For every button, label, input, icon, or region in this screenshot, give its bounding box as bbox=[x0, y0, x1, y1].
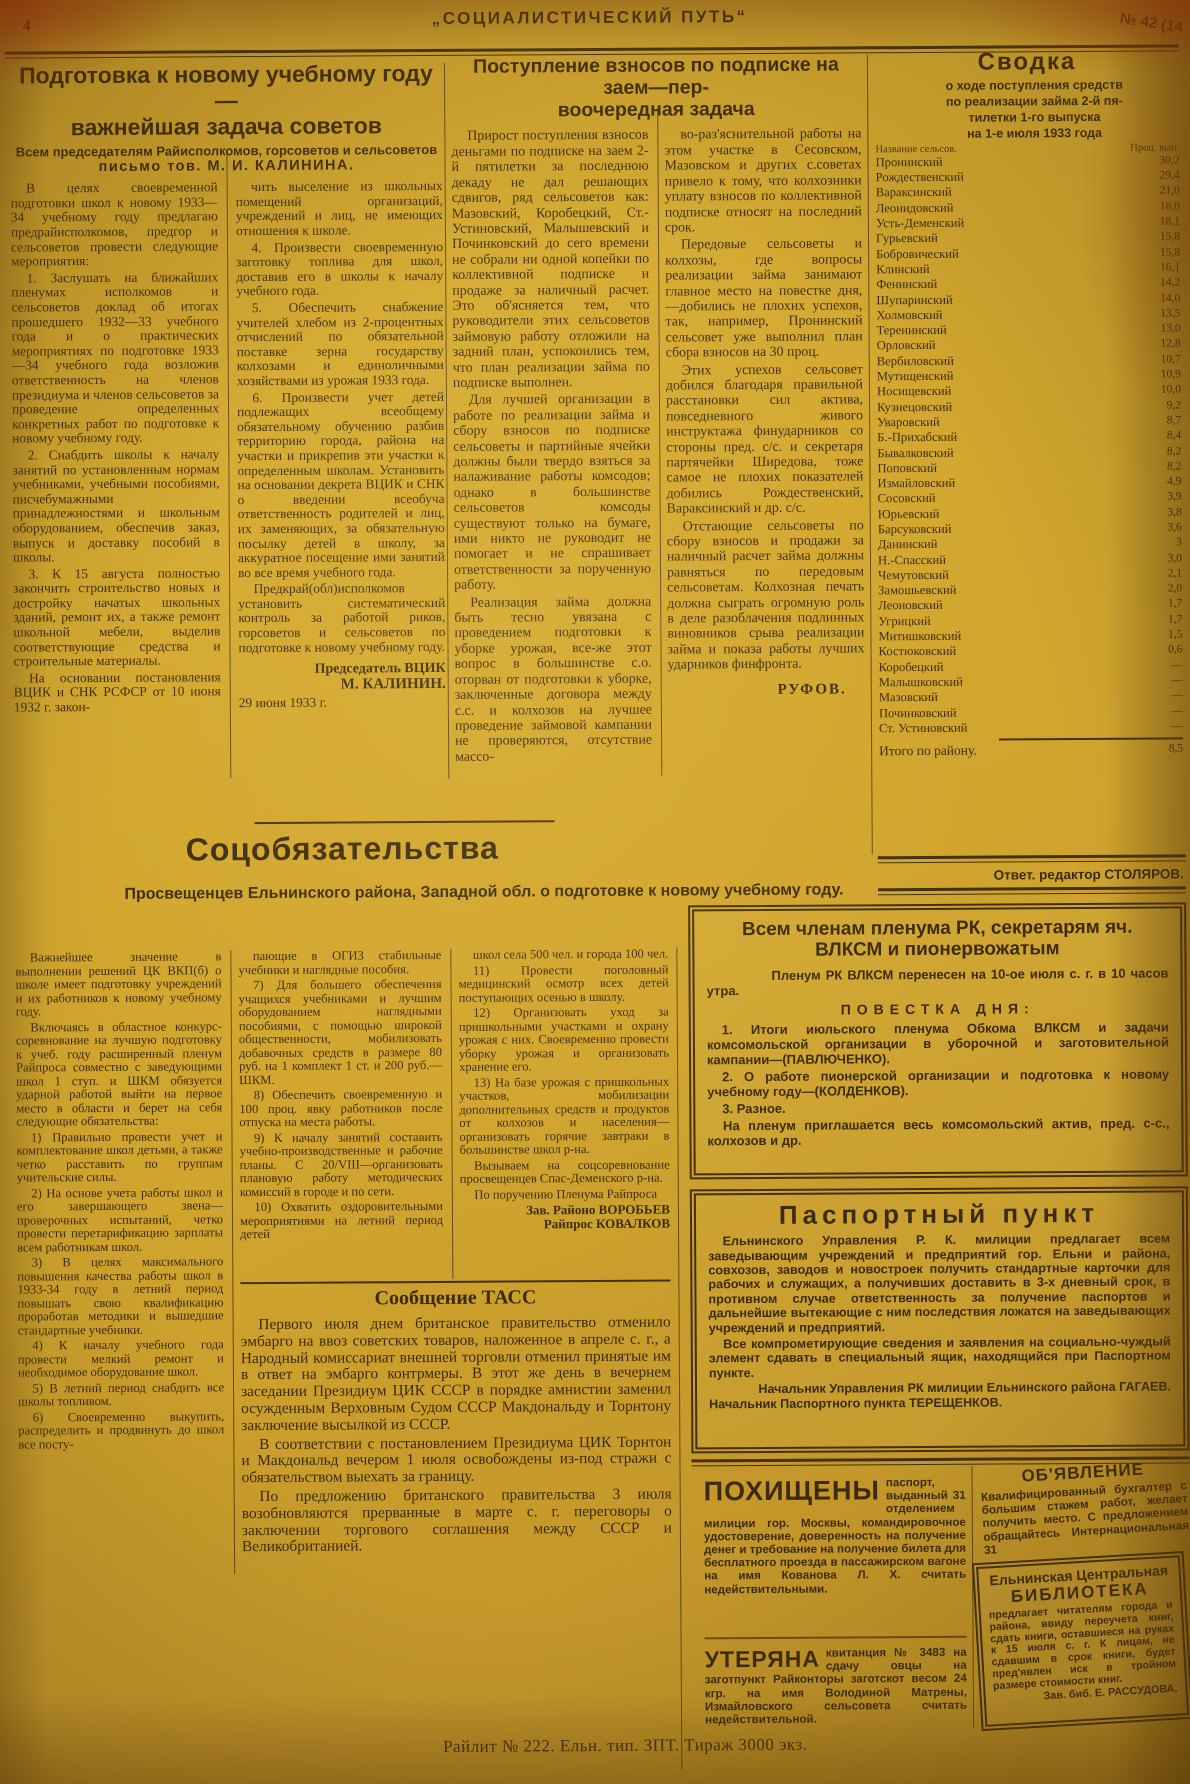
paragraph: 11) Провести поголовный медицинский осмо… bbox=[458, 963, 668, 1005]
passport-office-box: Паспортный пункт Ельнинского Управления … bbox=[690, 1186, 1190, 1453]
svodka-cell-name: Леоновский bbox=[878, 598, 943, 614]
imprint-line: Райлит № 222. Ельн. тип. ЗПТ. Тираж 3000… bbox=[245, 1734, 1005, 1759]
article-title-line2: воочередная задача bbox=[451, 98, 861, 122]
svodka-cell-value: 3,8 bbox=[1167, 505, 1181, 520]
svodka-cell-value: — bbox=[1171, 658, 1183, 673]
plenum-notice: Пленум РК ВЛКСМ перенесен на 10-ое июля … bbox=[706, 965, 1168, 998]
tass-body: Первого июля днем британское правительст… bbox=[241, 1315, 672, 1557]
paragraph: Вызываем на соцсоревнование просвещенцев… bbox=[460, 1158, 670, 1186]
svodka-cell-value: 1,7 bbox=[1168, 612, 1182, 627]
svodka-cell-name: Чемутовский bbox=[878, 568, 949, 584]
svodka-cell-value: 2,1 bbox=[1168, 566, 1182, 581]
svodka-cell-name: Теренинский bbox=[877, 323, 947, 339]
paragraph: Реализация займа должна быть тесно увяза… bbox=[454, 594, 652, 765]
svodka-header-value: Проц. вып. bbox=[1130, 142, 1179, 153]
paragraph: 4. Произвести своевременную заготовку то… bbox=[236, 240, 443, 300]
total-rule bbox=[999, 738, 1183, 741]
plenum-title-line2: ВЛКСМ и пионервожатым bbox=[706, 938, 1168, 962]
svodka-cell-name: Гурьевский bbox=[876, 231, 938, 247]
svodka-cell-value: 8,4 bbox=[1167, 429, 1181, 444]
soc-column-2: пающие в ОГИЗ стабильные учебники и нагл… bbox=[238, 949, 443, 1278]
svodka-cell-name: Вербиловский bbox=[877, 354, 954, 370]
svodka-cell-value: 10,7 bbox=[1161, 352, 1181, 367]
masthead: „СОЦИАЛИСТИЧЕСКИЙ ПУТЬ“ bbox=[0, 4, 1185, 31]
svodka-cell-value: 3 bbox=[1176, 536, 1182, 551]
paragraph: По предложению британского правительства… bbox=[242, 1487, 672, 1557]
section-rule bbox=[255, 820, 555, 824]
paragraph: 5) В летний период снабдить все школы то… bbox=[18, 1381, 224, 1409]
svodka-cell-value: 8,2 bbox=[1167, 444, 1181, 459]
column-divider bbox=[230, 950, 235, 1574]
paragraph: 9) К началу занятий составить учебно-про… bbox=[239, 1130, 442, 1199]
column-divider bbox=[450, 949, 453, 1279]
paragraph: Передовые сельсоветы и колхозы, где вопр… bbox=[665, 237, 863, 361]
svodka-total-row: Итого по району. 8,5 bbox=[879, 742, 1183, 759]
svodka-cell-value: 12,8 bbox=[1160, 337, 1180, 352]
svodka-cell-name: Рождественский bbox=[876, 170, 964, 186]
article-title-line2: важнейшая задача советов bbox=[10, 112, 442, 140]
svodka-cell-name: Холмовский bbox=[876, 308, 942, 324]
svodka-cell-value: 0,6 bbox=[1168, 643, 1182, 658]
svodka-cell-name: Измайловский bbox=[877, 476, 955, 492]
passport-signature-2: Начальник Паспортного пункта ТЕРЕЩЕНКОВ. bbox=[709, 1394, 1171, 1411]
svodka-row: Пронинский30,2 bbox=[876, 153, 1180, 170]
paragraph: 6. Произвести учет детей подлежащих всео… bbox=[237, 389, 445, 580]
svodka-cell-value: 8,7 bbox=[1167, 413, 1181, 428]
soc-column-1: Важнейшее значение в выполнении решений … bbox=[15, 950, 225, 1575]
svodka-table-header: Название сельсов. Проц. вып. bbox=[875, 142, 1179, 155]
article-column-1: Прирост поступления взносов деньгами по … bbox=[451, 128, 652, 779]
paragraph: Отстающие сельсоветы по сбору взносов и … bbox=[667, 518, 865, 673]
svodka-cell-value: 8,2 bbox=[1167, 459, 1181, 474]
paragraph: 6) Своевременно выкупить, распределить и… bbox=[18, 1410, 224, 1452]
library-box: Ельнинская Центральная БИБЛИОТЕКА предла… bbox=[972, 1551, 1190, 1731]
paragraph: Первого июля днем британское правительст… bbox=[241, 1315, 672, 1435]
paragraph: Этих успехов сельсовет добился благодаря… bbox=[666, 362, 864, 517]
article-title: Поступление взносов по подписке на заем—… bbox=[451, 54, 861, 100]
plenum-agenda-items: 1. Итоги июльского пленума Обкома ВЛКСМ … bbox=[707, 1019, 1170, 1116]
svodka-subtitle: о ходе поступления средствпо реализации … bbox=[875, 77, 1179, 141]
paragraph: 4) К началу учебного года провести мелки… bbox=[18, 1338, 224, 1380]
svodka-cell-name: Замошьевский bbox=[878, 583, 956, 599]
article-byline: Всем председателям Райисполкомов, горсов… bbox=[10, 142, 442, 160]
paragraph: во-раз'яснительной работы на этом участк… bbox=[664, 127, 862, 236]
svodka-cell-name: Угрицкий bbox=[878, 614, 930, 630]
editor-rule-top bbox=[878, 854, 1186, 863]
total-value: 8,5 bbox=[1169, 742, 1183, 757]
svodka-cell-value: 29,4 bbox=[1159, 169, 1179, 184]
paragraph: 7) Для большего обеспечения учащихся уче… bbox=[239, 978, 443, 1087]
signature-name: М. КАЛИНИН. bbox=[239, 677, 446, 693]
svodka-cell-name: Клинский bbox=[876, 262, 929, 278]
svodka-cell-name: Сосовский bbox=[878, 491, 936, 507]
plenum-title: Всем членам пленума РК, секретарям яч. bbox=[706, 916, 1168, 940]
svodka-cell-value: 15,8 bbox=[1160, 245, 1180, 260]
divider-rule bbox=[705, 1636, 967, 1640]
paragraph: 12) Организовать уход за пришкольными уч… bbox=[459, 1006, 669, 1075]
signature-name: РУФОВ. bbox=[668, 682, 865, 699]
svodka-cell-name: Митишковский bbox=[878, 629, 961, 645]
svodka-cell-value: 9,2 bbox=[1167, 398, 1181, 413]
svodka-cell-value: 30,2 bbox=[1159, 153, 1179, 168]
svodka-cell-value: 1,7 bbox=[1168, 597, 1182, 612]
svodka-cell-name: Бывалковский bbox=[877, 445, 953, 461]
paragraph: В целях своевременной подготовки школ к … bbox=[11, 181, 219, 270]
svodka-cell-name: Коробецкий bbox=[879, 660, 944, 676]
column-paragraphs: чить выселение из школьных помещений орг… bbox=[236, 179, 446, 655]
paragraph: 2) На основе учета работы школ и его зав… bbox=[17, 1186, 223, 1255]
column-paragraphs: школ села 500 чел. и города 100 чел.11) … bbox=[458, 948, 670, 1202]
svodka-cell-name: Вараксинский bbox=[876, 185, 952, 201]
svodka-cell-value: 16,1 bbox=[1160, 260, 1180, 275]
svodka-cell-name: Мутищенский bbox=[877, 369, 954, 385]
soc-column-3: школ села 500 чел. и города 100 чел.11) … bbox=[458, 948, 670, 1277]
svodka-cell-name: Уваровский bbox=[877, 415, 940, 431]
svodka-cell-name: Ст. Устиновский bbox=[879, 721, 968, 737]
signature-2: Райпрос КОВАЛКОВ bbox=[460, 1216, 670, 1231]
svodka-table: Пронинский30,2Рождественский29,4Вараксин… bbox=[876, 153, 1184, 736]
svodka-cell-value: 13,5 bbox=[1160, 306, 1180, 321]
lost-notice: УТЕРЯНА квитанция № 3483 на сдачу овцы н… bbox=[705, 1646, 967, 1727]
passport-title: Паспортный пункт bbox=[708, 1198, 1170, 1230]
article-title: Подготовка к новому учебному году— bbox=[10, 61, 442, 115]
paragraph: 1) Правильно провести учет и комплектова… bbox=[16, 1130, 222, 1185]
svodka-cell-name: Носищевский bbox=[877, 384, 951, 400]
paragraph: по реализации займа 2-й пя- bbox=[875, 93, 1179, 109]
svodka-report: Сводка о ходе поступления средствпо реал… bbox=[875, 48, 1183, 758]
svodka-cell-value: 18,0 bbox=[1160, 199, 1180, 214]
svodka-cell-value: 15,8 bbox=[1160, 230, 1180, 245]
plenum-announcement-box: Всем членам пленума РК, секретарям яч. В… bbox=[688, 902, 1188, 1179]
passport-body: Ельнинского Управления Р. К. милиции пре… bbox=[708, 1232, 1171, 1381]
article-loan-payments: Поступление взносов по подписке на заем—… bbox=[451, 54, 865, 779]
paragraph: Для лучшей организации в работе по реали… bbox=[453, 392, 651, 593]
library-text: предлагает читателям города и района, вв… bbox=[989, 1600, 1178, 1693]
paragraph: 3. Разное. bbox=[707, 1098, 1169, 1116]
plenum-agenda-title: ПОВЕСТКА ДНЯ: bbox=[707, 999, 1169, 1018]
svodka-cell-value: 10,9 bbox=[1161, 367, 1181, 382]
svodka-header-name: Название сельсов. bbox=[875, 144, 956, 155]
paragraph: Предкрай(обл)исполкомов установить систе… bbox=[238, 581, 445, 655]
svodka-cell-name: Малышковский bbox=[879, 675, 963, 691]
svodka-cell-name: Юрьевский bbox=[878, 507, 940, 523]
newspaper-page: 4 „СОЦИАЛИСТИЧЕСКИЙ ПУТЬ“ № 42 (14 Подго… bbox=[0, 0, 1190, 1784]
svodka-cell-value: 13,0 bbox=[1160, 322, 1180, 337]
total-label: Итого по району. bbox=[879, 743, 977, 759]
paragraph: на 1-е июля 1933 года bbox=[875, 125, 1179, 141]
svodka-cell-value: 1,5 bbox=[1168, 627, 1182, 642]
svodka-cell-name: Орловский bbox=[877, 338, 936, 354]
article-column-1: В целях своевременной подготовки школ к … bbox=[11, 181, 222, 796]
lost-lead: УТЕРЯНА bbox=[705, 1649, 820, 1672]
paragraph: чить выселение из школьных помещений орг… bbox=[236, 179, 443, 239]
svodka-cell-value: 3,6 bbox=[1167, 520, 1181, 535]
paragraph: Ельнинского Управления Р. К. милиции пре… bbox=[708, 1232, 1171, 1336]
tass-report: Сообщение ТАСС Первого июля днем британс… bbox=[240, 1286, 673, 1775]
svodka-cell-name: Б.-Прихабский bbox=[877, 430, 957, 446]
svodka-cell-name: Мазовский bbox=[879, 690, 938, 706]
svodka-cell-name: Барсуковский bbox=[878, 522, 952, 538]
paragraph: По поручению Пленума Райпроса bbox=[460, 1187, 670, 1202]
soc-headline: Соцобязательства bbox=[15, 830, 670, 870]
ad-text: Квалифицированный бухгалтер с большим ст… bbox=[981, 1479, 1190, 1557]
svodka-cell-name: Поповский bbox=[877, 461, 937, 477]
svodka-cell-name: Бобровический bbox=[876, 246, 959, 262]
svodka-cell-value: 3,9 bbox=[1167, 490, 1181, 505]
svodka-cell-name: Н.-Спасский bbox=[878, 552, 946, 568]
svodka-cell-name: Пронинский bbox=[876, 155, 943, 171]
svodka-cell-value: 14,0 bbox=[1160, 291, 1180, 306]
svodka-cell-value: 18,1 bbox=[1160, 214, 1180, 229]
svodka-cell-name: Костюковский bbox=[878, 644, 956, 660]
svodka-cell-name: Фенинский bbox=[876, 277, 937, 293]
ad-notice: ОБ'ЯВЛЕНИЕ Квалифицированный бухгалтер с… bbox=[979, 1457, 1190, 1557]
article-column-2: чить выселение из школьных помещений орг… bbox=[236, 179, 447, 794]
paragraph: Все компрометирующие сведения и заявлени… bbox=[709, 1334, 1171, 1380]
svodka-cell-value: 2,0 bbox=[1168, 582, 1182, 597]
svodka-cell-value: 21,0 bbox=[1160, 184, 1180, 199]
svodka-cell-name: Кузнецовский bbox=[877, 399, 952, 415]
svodka-cell-name: Данинский bbox=[878, 537, 938, 553]
article-school-preparation: Подготовка к новому учебному году— важне… bbox=[10, 61, 446, 796]
svodka-cell-value: — bbox=[1171, 719, 1183, 734]
paragraph: школ села 500 чел. и города 100 чел. bbox=[458, 948, 668, 963]
paragraph: Важнейшее значение в выполнении решений … bbox=[15, 950, 221, 1019]
tass-title: Сообщение ТАСС bbox=[240, 1286, 670, 1312]
signature-date: 29 июня 1933 г. bbox=[239, 695, 446, 711]
svodka-cell-name: Шупаринский bbox=[876, 292, 952, 308]
paragraph: Включаясь в областное конкурс-соревнован… bbox=[16, 1020, 223, 1129]
paragraph: На основании постановления ВЦИК и СНК РС… bbox=[14, 670, 221, 715]
paragraph: 1. Итоги июльского пленума Обкома ВЛКСМ … bbox=[707, 1019, 1169, 1067]
stolen-notice: ПОХИЩЕНЫ паспорт, выданный 31 отделением… bbox=[704, 1476, 967, 1596]
paragraph: 2. О работе пионерской организации и под… bbox=[707, 1066, 1169, 1099]
svodka-cell-value: 14,2 bbox=[1160, 276, 1180, 291]
paragraph: 1. Заслушать на ближайших пленумах испол… bbox=[11, 270, 219, 446]
paragraph: В соответствии с постановлением Президиу… bbox=[241, 1434, 671, 1487]
svodka-row: Ст. Устиновский— bbox=[879, 719, 1183, 736]
paragraph: 10) Охватить оздоровительными мероприяти… bbox=[240, 1200, 443, 1242]
svodka-cell-name: Леонидовский bbox=[876, 201, 954, 217]
column-divider bbox=[867, 54, 873, 854]
paragraph: 3) В целях максимального повышения качес… bbox=[17, 1255, 223, 1337]
svodka-cell-name: Усть-Деменский bbox=[876, 216, 964, 232]
svodka-cell-value: — bbox=[1171, 704, 1183, 719]
svodka-cell-value: — bbox=[1171, 689, 1183, 704]
article-byline-2: письмо тов. М. И. КАЛИНИНА. bbox=[11, 157, 443, 176]
passport-signature-1: Начальник Управления РК милиции Ельнинск… bbox=[709, 1380, 1171, 1397]
paragraph: 5. Обеспечить снабжение учителей хлебом … bbox=[236, 300, 444, 389]
paragraph: пающие в ОГИЗ стабильные учебники и нагл… bbox=[238, 949, 441, 977]
paragraph: 3. К 15 августа полностью закончить стро… bbox=[13, 566, 221, 669]
svodka-title: Сводка bbox=[875, 48, 1179, 77]
column-divider bbox=[676, 947, 682, 1769]
svodka-row: Рождественский29,4 bbox=[876, 169, 1180, 186]
tass-rule bbox=[240, 1280, 670, 1285]
soc-subtitle: Просвещенцев Ельнинского района, Западно… bbox=[8, 880, 960, 905]
svodka-cell-value: — bbox=[1171, 673, 1183, 688]
paragraph: 13) На базе урожая с пришкольных участко… bbox=[459, 1075, 669, 1157]
paragraph: 8) Обеспечить своевременную и 100 проц. … bbox=[239, 1088, 442, 1130]
plenum-footer: На пленум приглашается весь комсомольски… bbox=[707, 1115, 1169, 1148]
stolen-lead: ПОХИЩЕНЫ bbox=[704, 1478, 880, 1505]
svodka-cell-value: 3,0 bbox=[1168, 551, 1182, 566]
svodka-cell-value: 4,9 bbox=[1167, 475, 1181, 490]
svodka-cell-name: Починковский bbox=[879, 705, 957, 721]
column-paragraphs: во-раз'яснительной работы на этом участк… bbox=[664, 127, 864, 673]
paragraph: о ходе поступления средств bbox=[875, 77, 1179, 93]
svodka-cell-value: 10,0 bbox=[1161, 383, 1181, 398]
article-column-2: во-раз'яснительной работы на этом участк… bbox=[664, 127, 865, 778]
paragraph: тилетки 1-го выпуска bbox=[875, 109, 1179, 125]
paragraph: 2. Снабдить школы к началу занятий по ус… bbox=[12, 447, 220, 565]
paragraph: Прирост поступления взносов деньгами по … bbox=[451, 128, 650, 391]
